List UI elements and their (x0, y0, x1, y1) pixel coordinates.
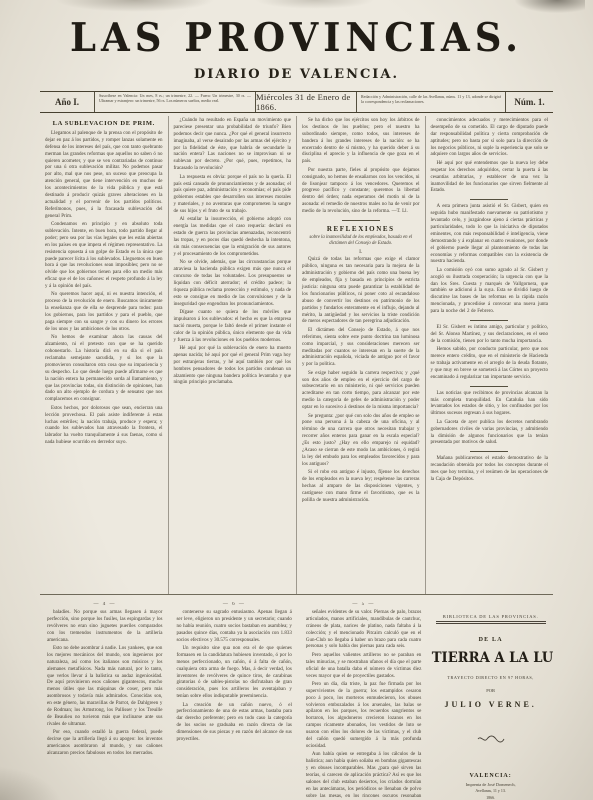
paragraph: Llegamos al palenque de la prensa con el… (45, 131, 163, 221)
masthead: LAS PROVINCIAS. DIARIO DE VALENCIA. (0, 0, 593, 82)
paragraph: La respuesta es obvia: porque el país no… (174, 175, 292, 216)
novel-subtitle: TRAYECTO DIRECTO EN 97 HORAS, (428, 675, 553, 680)
paragraph: Quizá de todas las reformas que exige el… (302, 257, 420, 326)
reflexiones-text: Quizá de todas las reformas que exige el… (302, 257, 420, 504)
collection-name: BIBLIOTECA DE LAS PROVINCIAS. (436, 614, 546, 624)
item-separator (470, 451, 508, 452)
article-col1-text: Llegamos al palenque de la prensa con el… (45, 131, 163, 447)
paragraph: Mañana publicaremos el estado demostrati… (431, 456, 549, 484)
reflexiones-title: REFLEXIONES (302, 225, 420, 233)
paragraph: El dictámen del Consejo de Estado, á que… (302, 328, 420, 369)
paragraph: señales evidentes de su valor. Piernas d… (306, 610, 421, 651)
feuilleton-page-4: — 4 — baladíes. No porque sus armas lleg… (40, 602, 169, 800)
imprint-address: Avellanas, 11 y 13. (428, 788, 553, 793)
page-number: — 6 — (176, 602, 291, 607)
paragraph: Por nuestra parte, fieles al propósito q… (302, 168, 420, 216)
section-separator (342, 220, 380, 221)
article-col3-end: Se ha dicho que los ejércitos son hoy lo… (302, 118, 420, 216)
reflexiones-subtitle: sobre la inamovilidad de los empleados, … (307, 235, 415, 247)
paragraph: Se ha dicho que los ejércitos son hoy lo… (302, 118, 420, 166)
paragraph: Por eso, cuando estalló la guerra federa… (47, 730, 162, 758)
paragraph: La Gaceta de ayer publica los decretos n… (431, 420, 549, 448)
paragraph: Las noticias que recibimos de provincias… (431, 391, 549, 419)
masthead-title: LAS PROVINCIAS. (0, 18, 593, 57)
imprint-city: VALENCIA: (428, 773, 553, 779)
feuilleton-page-6: — 6 — contenerse su sagrado entusiasmo. … (169, 602, 298, 800)
feuilleton-page-6-text: contenerse su sagrado entusiasmo. Apenas… (176, 610, 291, 744)
paragraph: Un requisito sine qua non era el de que … (176, 646, 291, 701)
masthead-subtitle: DIARIO DE VALENCIA. (0, 67, 593, 82)
novel-by-label: POR (428, 688, 553, 693)
paragraph: Hemos sabido, por conducto particular, p… (431, 347, 549, 381)
article-col2-text: ¿Cuándo ha resultado en España un movimi… (174, 118, 292, 387)
paragraph: Esto no debe asombrar á nadie. Los yanke… (47, 646, 162, 729)
item-separator (470, 320, 508, 321)
paragraph: Al estallar la insurrección, el gobierno… (174, 217, 292, 258)
novel-author: JULIO VERNE. (428, 700, 553, 709)
paragraph: No hemos de examinar ahora las causas de… (45, 335, 163, 404)
paragraph: La creación de un cañón nuevo, ó el perf… (176, 703, 291, 744)
paragraph: No se olvide, además, que las circunstan… (174, 260, 292, 308)
issue-number: Núm. 1. (506, 92, 553, 112)
paragraph: Si el robo era antiguo é injusto, fíjens… (302, 470, 420, 504)
novel-title-page: BIBLIOTECA DE LAS PROVINCIAS. DE LA TIER… (428, 602, 553, 800)
newspaper-page: LAS PROVINCIAS. DIARIO DE VALENCIA. Año … (0, 0, 593, 800)
flourish-icon (428, 730, 553, 748)
column-4: conocimientos adecuados y merecimientos … (425, 116, 554, 594)
column-3: Se ha dicho que los ejércitos son hoy lo… (296, 116, 425, 594)
paragraph: Aun había quien se entregaba á los cálcu… (306, 752, 421, 800)
news-items: conocimientos adecuados y merecimientos … (431, 118, 549, 484)
item-separator (470, 199, 508, 200)
novel-title: TIERRA A LA LUNA, (432, 650, 549, 666)
paragraph: Estos hechos, por dolorosos que sean, en… (45, 406, 163, 447)
column-2: ¿Cuándo ha resultado en España un movimi… (168, 116, 297, 594)
paragraph: Pero aquellos valientes artilleros no se… (306, 653, 421, 681)
paragraph: El Sr. Gisbert es íntimo amigo, particul… (431, 325, 549, 346)
paragraph: Hé aquí por qué entendemos que la nueva … (431, 161, 549, 195)
article-headline: LA SUBLEVACION DE PRIM. (45, 120, 163, 127)
feuilleton-section: — 4 — baladíes. No porque sus armas lleg… (40, 602, 553, 800)
reflexiones-numeral: I. (302, 249, 420, 255)
feuilleton-page-5-text: señales evidentes de su valor. Piernas d… (306, 610, 421, 800)
paragraph: ¿Cuándo ha resultado en España un movimi… (174, 118, 292, 173)
paragraph: Se pregunta: ¿por qué con solo dos años … (302, 414, 420, 469)
paragraph: La comisión oyó con sumo agrado al Sr. G… (431, 268, 549, 316)
imprint-printer: Imprenta de José Domenech, (428, 782, 553, 787)
paragraph: Hé aquí por qué la sublevación de enero … (174, 346, 292, 387)
paragraph: Condenamos en principio y en absoluto to… (45, 222, 163, 291)
feuilleton-page-4-text: baladíes. No porque sus armas llegasen á… (47, 610, 162, 758)
year-label: Año I. (40, 92, 94, 112)
subscription-notice: Suscríbese en Valencia: Un mes, 8 rs.; u… (94, 92, 256, 112)
column-1: LA SUBLEVACION DE PRIM. Llegamos al pale… (40, 116, 168, 594)
paragraph: Pero un día, día triste, la paz fue firm… (306, 682, 421, 751)
paragraph: contenerse su sagrado entusiasmo. Apenas… (176, 610, 291, 644)
page-number: — 4 — (47, 602, 162, 607)
issue-date: Miércoles 31 de Enero de 1866. (256, 92, 356, 112)
imprint-year: 1866. (428, 795, 553, 800)
paragraph: baladíes. No porque sus armas llegasen á… (47, 610, 162, 644)
paragraph: A esta primera junta asistió el Sr. Gisb… (431, 204, 549, 266)
main-columns: LA SUBLEVACION DE PRIM. Llegamos al pale… (40, 116, 553, 595)
paragraph: Dígase cuanto se quiera de los móviles q… (174, 310, 292, 344)
dateline-bar: Año I. Suscríbese en Valencia: Un mes, 8… (40, 91, 553, 113)
paragraph: conocimientos adecuados y merecimientos … (431, 118, 549, 159)
paragraph: Se exige haber seguido la carrera respec… (302, 371, 420, 412)
item-separator (470, 386, 508, 387)
admin-notice: Redacción y Administración, calle de las… (356, 92, 506, 112)
page-number: — 5 — (306, 602, 421, 607)
novel-pretitle: DE LA (428, 637, 553, 643)
feuilleton-page-5: — 5 — señales evidentes de su valor. Pie… (299, 602, 428, 800)
paragraph: No queremos hacer aquí, ni es nuestra in… (45, 292, 163, 333)
